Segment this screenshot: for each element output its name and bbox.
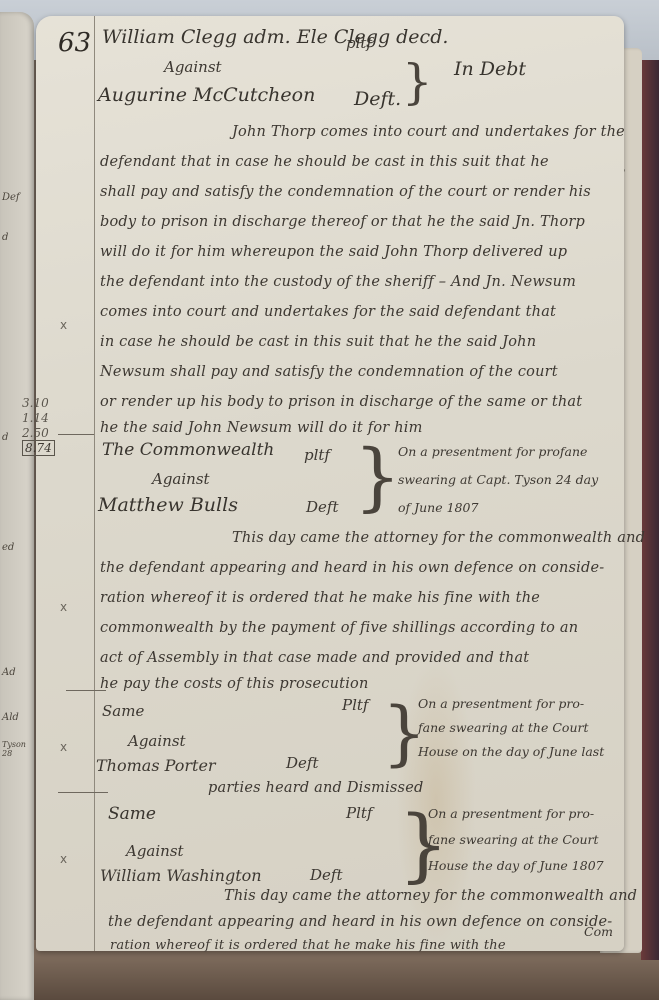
body-line: body to prison in discharge thereof or t…: [100, 214, 585, 230]
plaintiff-name: William Clegg adm. Ele Clegg decd.: [102, 26, 448, 48]
fee-total: 8.74: [22, 440, 55, 456]
action-type: In Debt: [454, 58, 526, 80]
body-line: he pay the costs of this prosecution: [100, 676, 369, 692]
fee-amount: 1.14: [22, 411, 55, 426]
body-line: or render up his body to prison in disch…: [100, 394, 582, 410]
plaintiff-role: pltf: [304, 446, 330, 464]
action-line: On a presentment for profane: [398, 444, 587, 459]
defendant-name: Matthew Bulls: [98, 494, 238, 516]
catchword: Com: [584, 924, 613, 939]
action-line: of June 1807: [398, 500, 478, 515]
page-number: 63: [58, 28, 91, 58]
previous-page-fragment: Ald: [2, 712, 19, 723]
versus-label: Against: [128, 732, 186, 750]
versus-label: Against: [164, 58, 222, 76]
action-line: swearing at Capt. Tyson 24 day: [398, 472, 598, 487]
plaintiff-name: The Commonwealth: [102, 440, 274, 460]
body-line: the defendant into the custody of the sh…: [100, 274, 576, 290]
caption-brace: }: [402, 54, 433, 110]
versus-label: Against: [126, 842, 184, 860]
action-line: House on the day of June last: [418, 744, 604, 759]
previous-page-fragment: d: [2, 232, 8, 243]
plaintiff-name: Same: [108, 804, 156, 824]
margin-x-mark: x: [60, 318, 67, 332]
previous-page-edge: Def d d ed Ad Ald Tyson 28: [0, 12, 34, 1000]
defendant-role: Deft.: [354, 88, 401, 110]
defendant-name: William Washington: [100, 866, 262, 885]
margin-x-mark: x: [60, 852, 67, 866]
action-line: House the day of June 1807: [428, 858, 604, 873]
body-line: John Thorp comes into court and undertak…: [232, 124, 625, 140]
defendant-name: Thomas Porter: [96, 756, 216, 775]
fee-amount: 3.10: [22, 396, 55, 411]
defendant-role: Deft: [286, 754, 318, 772]
versus-label: Against: [152, 470, 210, 488]
defendant-role: Deft: [306, 498, 338, 516]
action-line: On a presentment for pro-: [418, 696, 584, 711]
body-line: This day came the attorney for the commo…: [224, 888, 637, 904]
body-line: ration whereof it is ordered that he mak…: [110, 938, 506, 953]
fee-column: 3.10 1.14 2.50 8.74: [22, 396, 55, 456]
previous-page-fragment: Def: [2, 192, 20, 203]
margin-x-mark: x: [60, 740, 67, 754]
body-line: act of Assembly in that case made and pr…: [100, 650, 529, 666]
body-line: the defendant appearing and heard in his…: [100, 560, 604, 576]
margin-rule: [94, 16, 95, 951]
body-line: commonwealth by the payment of five shil…: [100, 620, 578, 636]
fee-amount: 2.50: [22, 426, 55, 441]
plaintiff-role: Pltf: [342, 696, 368, 714]
defendant-name: Augurine McCutcheon: [98, 84, 315, 106]
body-line: ration whereof it is ordered that he mak…: [100, 590, 540, 606]
ledger-page: 63 William Clegg adm. Ele Clegg decd. pl…: [36, 16, 624, 951]
previous-page-fragment: d: [2, 432, 8, 443]
previous-page-fragment: Tyson 28: [2, 740, 34, 758]
body-line: defendant that in case he should be cast…: [100, 154, 549, 170]
plaintiff-role: pltf: [346, 34, 372, 52]
entry-separator: [58, 792, 108, 793]
book-cover-edge: [641, 60, 659, 960]
action-line: fane swearing at the Court: [418, 720, 589, 735]
body-line: Newsum shall pay and satisfy the condemn…: [100, 364, 558, 380]
plaintiff-role: Pltf: [346, 804, 372, 822]
entry-separator: [66, 690, 106, 691]
action-line: On a presentment for pro-: [428, 806, 594, 821]
body-line: This day came the attorney for the commo…: [232, 530, 645, 546]
body-line: the defendant appearing and heard in his…: [108, 914, 612, 930]
margin-x-mark: x: [60, 600, 67, 614]
previous-page-fragment: ed: [2, 542, 14, 553]
body-line: in case he should be cast in this suit t…: [100, 334, 536, 350]
defendant-role: Deft: [310, 866, 342, 884]
body-line: will do it for him whereupon the said Jo…: [100, 244, 567, 260]
caption-brace: }: [354, 434, 401, 520]
previous-page-fragment: Ad: [2, 667, 16, 678]
body-line: shall pay and satisfy the condemnation o…: [100, 184, 591, 200]
entry-separator: [58, 434, 94, 435]
body-line: parties heard and Dismissed: [208, 780, 423, 796]
plaintiff-name: Same: [102, 702, 144, 720]
body-line: comes into court and undertakes for the …: [100, 304, 556, 320]
action-line: fane swearing at the Court: [428, 832, 599, 847]
